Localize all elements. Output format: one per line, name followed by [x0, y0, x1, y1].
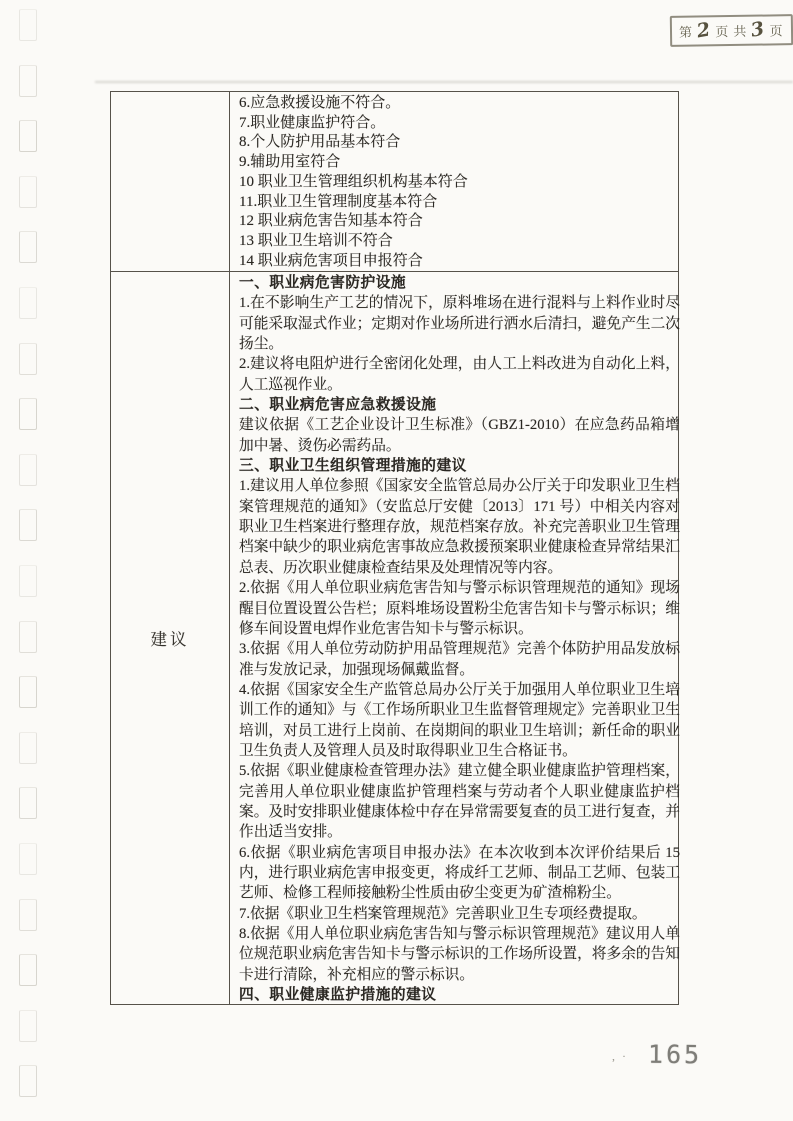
binding-hole — [19, 899, 37, 931]
conclusion-item: 11.职业卫生管理制度基本符合 — [239, 193, 679, 213]
suggestion-row-label-cell: 建议 — [111, 272, 229, 1004]
binding-hole — [19, 565, 37, 597]
binding-hole — [19, 1010, 37, 1042]
scan-artifact-line — [95, 81, 793, 83]
scanned-document-page: 第 2 页 共 3 页 6.应急救援设施不符合。7.职业健康监护符合。8.个人防… — [0, 0, 793, 1121]
stamp-total-pages: 3 — [750, 19, 767, 40]
conclusion-item: 7.职业健康监护符合。 — [239, 114, 679, 134]
page-count-stamp: 第 2 页 共 3 页 — [670, 14, 793, 47]
binding-hole — [19, 1065, 37, 1097]
binding-hole — [19, 732, 37, 764]
binding-hole — [19, 120, 37, 152]
suggestion-paragraph: 5.依据《职业健康检查管理办法》建立健全职业健康监护管理档案，完善用人单位职业健… — [239, 761, 680, 842]
binding-hole — [19, 843, 37, 875]
conclusion-item: 10 职业卫生管理组织机构基本符合 — [239, 173, 679, 193]
conclusion-item: 8.个人防护用品基本符合 — [239, 133, 679, 153]
binding-hole — [19, 398, 37, 430]
suggestion-paragraph: 6.依据《职业病危害项目申报办法》在本次收到本次评价结果后 15 内，进行职业病… — [239, 843, 680, 904]
conclusion-item: 13 职业卫生培训不符合 — [239, 232, 679, 252]
binding-holes — [0, 0, 60, 1121]
suggestion-section-heading: 三、职业卫生组织管理措施的建议 — [239, 456, 680, 476]
suggestion-section-heading: 二、职业病危害应急救援设施 — [239, 395, 680, 415]
suggestion-paragraph: 2.依据《用人单位职业病危害告知与警示标识管理规范的通知》现场醒目位置设置公告栏… — [239, 578, 680, 639]
suggestion-paragraph: 8.依据《用人单位职业病危害告知与警示标识管理规范》建议用人单位规范职业病危害告… — [239, 924, 680, 985]
stamp-suffix: 页 — [769, 20, 783, 39]
binding-hole — [19, 621, 37, 653]
conclusion-item: 14 职业病危害项目申报符合 — [239, 252, 679, 272]
suggestion-paragraph: 7.依据《职业卫生档案管理规范》完善职业卫生专项经费提取。 — [239, 904, 680, 924]
conclusion-item: 12 职业病危害告知基本符合 — [239, 212, 679, 232]
stamp-mid1: 页 — [715, 21, 729, 40]
scan-corner-marks: , · — [612, 1049, 628, 1064]
binding-hole — [19, 676, 37, 708]
binding-hole — [19, 954, 37, 986]
suggestion-paragraph: 3.依据《用人单位劳动防护用品管理规范》完善个体防护用品发放标准与发放记录，加强… — [239, 639, 680, 680]
binding-hole — [19, 454, 37, 486]
page-number: 165 — [648, 1040, 702, 1069]
binding-hole — [19, 343, 37, 375]
conclusion-item: 9.辅助用室符合 — [239, 153, 679, 173]
evaluation-table: 6.应急救援设施不符合。7.职业健康监护符合。8.个人防护用品基本符合9.辅助用… — [110, 91, 679, 1005]
suggestion-content-cell: 一、职业病危害防护设施1.在不影响生产工艺的情况下，原料堆场在进行混料与上料作业… — [230, 272, 681, 1003]
suggestion-section-heading: 一、职业病危害防护设施 — [239, 273, 680, 293]
stamp-prefix: 第 — [679, 21, 693, 40]
suggestion-paragraph: 4.依据《国家安全生产监管总局办公厅关于加强用人单位职业卫生培训工作的通知》与《… — [239, 680, 680, 761]
stamp-current-page: 2 — [695, 20, 712, 41]
binding-hole — [19, 9, 37, 41]
conclusion-items-cell: 6.应急救援设施不符合。7.职业健康监护符合。8.个人防护用品基本符合9.辅助用… — [230, 92, 681, 272]
suggestion-paragraph: 1.建议用人单位参照《国家安全监管总局办公厅关于印发职业卫生档案管理规范的通知》… — [239, 476, 680, 578]
stamp-mid2: 共 — [733, 20, 747, 39]
binding-hole — [19, 231, 37, 263]
conclusion-item: 6.应急救援设施不符合。 — [239, 94, 679, 114]
binding-hole — [19, 787, 37, 819]
suggestion-paragraph: 2.建议将电阻炉进行全密闭化处理，由人工上料改进为自动化上料，人工巡视作业。 — [239, 354, 680, 395]
suggestion-paragraph: 1.在不影响生产工艺的情况下，原料堆场在进行混料与上料作业时尽可能采取湿式作业；… — [239, 293, 680, 354]
binding-hole — [19, 176, 37, 208]
binding-hole — [19, 509, 37, 541]
binding-hole — [19, 65, 37, 97]
binding-hole — [19, 287, 37, 319]
suggestion-section-heading: 四、职业健康监护措施的建议 — [239, 985, 680, 1003]
suggestion-paragraph: 建议依据《工艺企业设计卫生标准》（GBZ1-2010）在应急药品箱增加中暑、烫伤… — [239, 415, 680, 456]
suggestion-label: 建议 — [151, 626, 190, 650]
